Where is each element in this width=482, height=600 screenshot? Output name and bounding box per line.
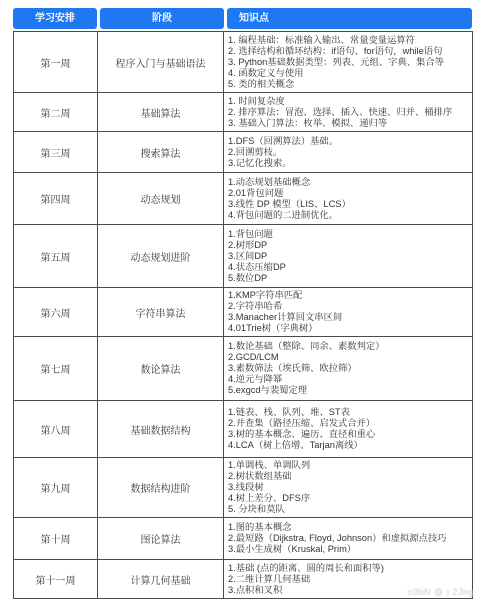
- knowledge-point-line: 3.区间DP: [228, 251, 469, 262]
- knowledge-point-line: 2.回溯剪枝。: [228, 147, 469, 158]
- knowledge-point-line: 3.最小生成树（Kruskal, Prim）: [228, 544, 469, 555]
- plan-table-body: 第一周 程序入门与基础语法 1. 编程基础：标准输入输出、常量变量运算符2. 选…: [13, 31, 473, 599]
- table-row: 第七周 数论算法 1.数论基础（整除、同余、素数判定）2.GCD/LCM3.素数…: [14, 337, 473, 401]
- knowledge-point-line: 4.01Trie树（字典树）: [228, 323, 469, 334]
- study-plan-page: 学习安排 阶段 知识点 第一周 程序入门与基础语法 1. 编程基础：标准输入输出…: [0, 0, 482, 600]
- knowledge-point-line: 1.单调栈、单调队列: [228, 460, 469, 471]
- stage-cell: 基础算法: [98, 93, 224, 132]
- knowledge-points-cell: 1.链表、栈、队列、堆、ST表2.并查集（路径压缩、启发式合并）3.树的基本概念…: [224, 401, 473, 458]
- knowledge-point-line: 4. 函数定义与使用: [228, 68, 469, 79]
- knowledge-point-line: 2.并查集（路径压缩、启发式合并）: [228, 418, 469, 429]
- knowledge-point-line: 3.线段树: [228, 482, 469, 493]
- knowledge-point-line: 2.树形DP: [228, 240, 469, 251]
- knowledge-point-line: 3.树的基本概念、遍历、直径和重心: [228, 429, 469, 440]
- week-cell: 第二周: [14, 93, 98, 132]
- knowledge-point-line: 3.记忆化搜索。: [228, 158, 469, 169]
- knowledge-point-line: 3.Manacher计算回文串区间: [228, 312, 469, 323]
- knowledge-points-cell: 1. 编程基础：标准输入输出、常量变量运算符2. 选择结构和循环结构：if语句、…: [224, 32, 473, 93]
- stage-cell: 计算几何基础: [98, 560, 224, 599]
- knowledge-point-line: 5.exgcd与裴蜀定理: [228, 385, 469, 396]
- week-cell: 第十一周: [14, 560, 98, 599]
- table-row: 第六周 字符串算法 1.KMP字符串匹配2.字符串哈希3.Manacher计算回…: [14, 288, 473, 337]
- knowledge-point-line: 1. 时间复杂度: [228, 96, 469, 107]
- knowledge-point-line: 3. Python基础数据类型：列表、元组、字典、集合等: [228, 57, 469, 68]
- table-header-row: 学习安排 阶段 知识点: [13, 8, 472, 29]
- week-cell: 第七周: [14, 337, 98, 401]
- knowledge-point-line: 1.KMP字符串匹配: [228, 290, 469, 301]
- knowledge-point-line: 1.基础 (点的距离、圆的周长和面积等): [228, 563, 469, 574]
- knowledge-points-cell: 1.图的基本概念2.最短路（Dijkstra, Floyd, Johnson）和…: [224, 518, 473, 560]
- knowledge-point-line: 4.树上差分、DFS序: [228, 493, 469, 504]
- stage-cell: 搜索算法: [98, 132, 224, 173]
- week-cell: 第六周: [14, 288, 98, 337]
- knowledge-point-line: 2.树状数组基础: [228, 471, 469, 482]
- week-cell: 第五周: [14, 225, 98, 288]
- knowledge-points-cell: 1.背包问题2.树形DP3.区间DP4.状态压缩DP5.数位DP: [224, 225, 473, 288]
- knowledge-point-line: 3.素数筛法（埃氏筛、欧拉筛）: [228, 363, 469, 374]
- stage-cell: 基础数据结构: [98, 401, 224, 458]
- knowledge-points-cell: 1. 时间复杂度2. 排序算法：冒泡、选择、插入、快速、归并、桶排序3. 基础入…: [224, 93, 473, 132]
- knowledge-points-cell: 1.数论基础（整除、同余、素数判定）2.GCD/LCM3.素数筛法（埃氏筛、欧拉…: [224, 337, 473, 401]
- week-cell: 第三周: [14, 132, 98, 173]
- stage-cell: 数据结构进阶: [98, 458, 224, 518]
- knowledge-point-line: 2. 选择结构和循环结构：if语句、for语句，while语句: [228, 46, 469, 57]
- table-row: 第五周 动态规划进阶 1.背包问题2.树形DP3.区间DP4.状态压缩DP5.数…: [14, 225, 473, 288]
- stage-cell: 动态规划: [98, 173, 224, 225]
- knowledge-point-line: 5. 类的相关概念: [228, 79, 469, 90]
- knowledge-point-line: 1.背包问题: [228, 229, 469, 240]
- knowledge-point-line: 4.状态压缩DP: [228, 262, 469, 273]
- watermark: o3bN @ | 2Jng: [407, 587, 474, 597]
- table-row: 第十周 图论算法 1.图的基本概念2.最短路（Dijkstra, Floyd, …: [14, 518, 473, 560]
- stage-cell: 数论算法: [98, 337, 224, 401]
- week-cell: 第四周: [14, 173, 98, 225]
- stage-cell: 程序入门与基础语法: [98, 32, 224, 93]
- stage-cell: 字符串算法: [98, 288, 224, 337]
- knowledge-points-cell: 1.单调栈、单调队列2.树状数组基础3.线段树4.树上差分、DFS序5. 分块和…: [224, 458, 473, 518]
- knowledge-point-line: 1.数论基础（整除、同余、素数判定）: [228, 341, 469, 352]
- knowledge-point-line: 1.DFS（回溯算法）基础。: [228, 136, 469, 147]
- knowledge-point-line: 5. 分块和莫队: [228, 504, 469, 515]
- knowledge-point-line: 2.GCD/LCM: [228, 352, 469, 363]
- header-cell-schedule: 学习安排: [13, 8, 97, 29]
- week-cell: 第十周: [14, 518, 98, 560]
- knowledge-point-line: 1.图的基本概念: [228, 522, 469, 533]
- study-plan-table: 学习安排 阶段 知识点 第一周 程序入门与基础语法 1. 编程基础：标准输入输出…: [13, 8, 472, 599]
- knowledge-point-line: 4.逆元与降幂: [228, 374, 469, 385]
- knowledge-point-line: 2.字符串哈希: [228, 301, 469, 312]
- knowledge-point-line: 2.01背包问题: [228, 188, 469, 199]
- table-row: 第四周 动态规划 1.动态规划基础概念2.01背包问题3.线性 DP 模型（LI…: [14, 173, 473, 225]
- knowledge-point-line: 4.背包问题的二进制优化。: [228, 210, 469, 221]
- week-cell: 第一周: [14, 32, 98, 93]
- table-row: 第九周 数据结构进阶 1.单调栈、单调队列2.树状数组基础3.线段树4.树上差分…: [14, 458, 473, 518]
- week-cell: 第八周: [14, 401, 98, 458]
- table-row: 第十一周 计算几何基础 1.基础 (点的距离、圆的周长和面积等)2.二维计算几何…: [14, 560, 473, 599]
- knowledge-points-cell: 1.KMP字符串匹配2.字符串哈希3.Manacher计算回文串区间4.01Tr…: [224, 288, 473, 337]
- table-row: 第二周 基础算法 1. 时间复杂度2. 排序算法：冒泡、选择、插入、快速、归并、…: [14, 93, 473, 132]
- knowledge-point-line: 2.二维计算几何基础: [228, 574, 469, 585]
- header-cell-stage: 阶段: [100, 8, 224, 29]
- week-cell: 第九周: [14, 458, 98, 518]
- stage-cell: 动态规划进阶: [98, 225, 224, 288]
- knowledge-point-line: 4.LCA（树上倍增、Tarjan离线）: [228, 440, 469, 451]
- header-cell-knowledge-points: 知识点: [227, 8, 472, 29]
- knowledge-point-line: 5.数位DP: [228, 273, 469, 284]
- table-row: 第三周 搜索算法 1.DFS（回溯算法）基础。2.回溯剪枝。3.记忆化搜索。: [14, 132, 473, 173]
- knowledge-point-line: 1.动态规划基础概念: [228, 177, 469, 188]
- table-row: 第一周 程序入门与基础语法 1. 编程基础：标准输入输出、常量变量运算符2. 选…: [14, 32, 473, 93]
- knowledge-point-line: 3.线性 DP 模型（LIS、LCS）: [228, 199, 469, 210]
- stage-cell: 图论算法: [98, 518, 224, 560]
- knowledge-point-line: 3. 基础入门算法：枚举、模拟、递归等: [228, 118, 469, 129]
- knowledge-points-cell: 1.动态规划基础概念2.01背包问题3.线性 DP 模型（LIS、LCS）4.背…: [224, 173, 473, 225]
- table-row: 第八周 基础数据结构 1.链表、栈、队列、堆、ST表2.并查集（路径压缩、启发式…: [14, 401, 473, 458]
- knowledge-points-cell: 1.DFS（回溯算法）基础。2.回溯剪枝。3.记忆化搜索。: [224, 132, 473, 173]
- knowledge-point-line: 2. 排序算法：冒泡、选择、插入、快速、归并、桶排序: [228, 107, 469, 118]
- knowledge-point-line: 1.链表、栈、队列、堆、ST表: [228, 407, 469, 418]
- knowledge-point-line: 1. 编程基础：标准输入输出、常量变量运算符: [228, 35, 469, 46]
- knowledge-point-line: 2.最短路（Dijkstra, Floyd, Johnson）和虚拟源点技巧: [228, 533, 469, 544]
